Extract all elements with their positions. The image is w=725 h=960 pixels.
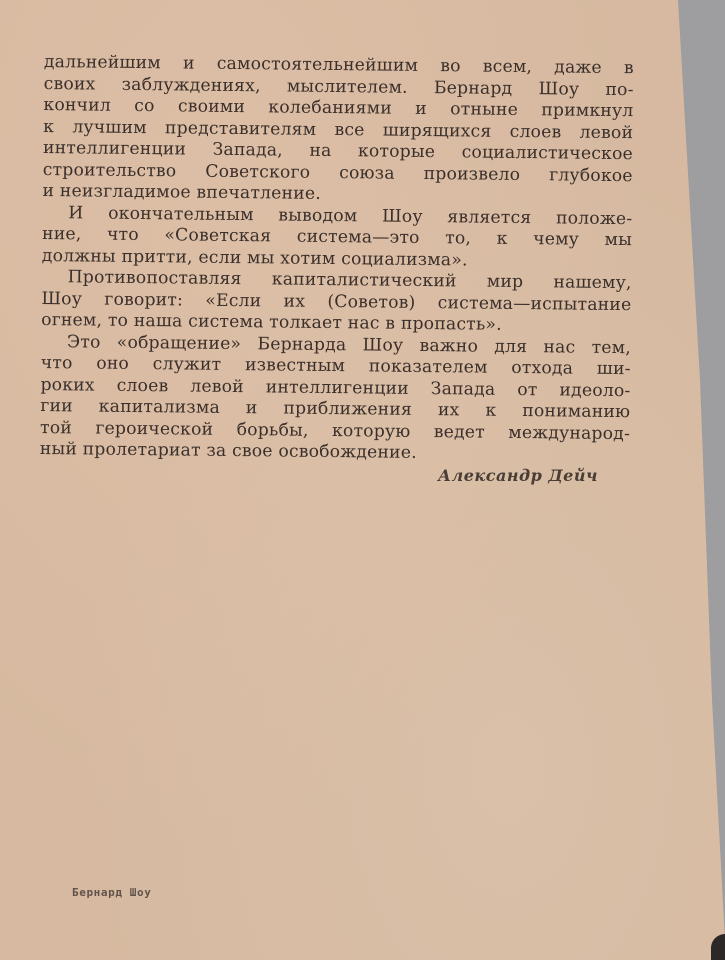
book-page: дальнейшим и самостоятельнейшим во всем,… bbox=[0, 0, 725, 960]
body-text: дальнейшим и самостоятельнейшим во всем,… bbox=[40, 52, 634, 467]
footer-caption: Бернард Шоу bbox=[72, 886, 151, 899]
author-signature: Александр Дейч bbox=[438, 466, 598, 485]
